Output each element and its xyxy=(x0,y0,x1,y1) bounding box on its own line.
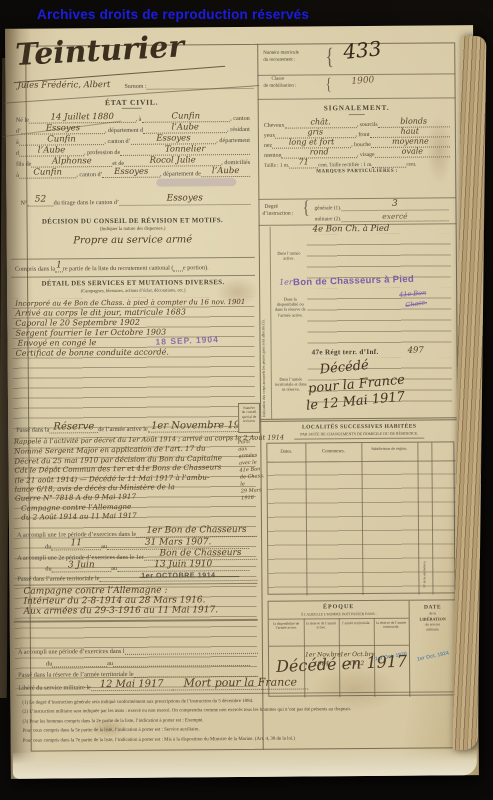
localites-col-subdivision: Subdivision de région. xyxy=(361,447,417,452)
printed-label: cent. Taille rectifiée : 1 m. xyxy=(318,162,372,168)
instruction-generale-value: 3 xyxy=(341,199,448,211)
register-page: Teinturier Jules Frédéric, Albert Surnom… xyxy=(5,25,479,779)
departement-value: l’Aube xyxy=(143,123,227,134)
faded-stamp xyxy=(156,178,236,187)
domicile-departement-value: l’Aube xyxy=(201,167,250,178)
stamp-prefix-script: 1er xyxy=(279,278,293,287)
date-col-header: DATE xyxy=(409,604,457,610)
printed-label: du tirage dans le canton d’ xyxy=(54,199,120,207)
epoque-title: ÉPOQUE xyxy=(269,604,409,611)
mobilisation-notes: Rappelé à l’activité par décret du 1er A… xyxy=(14,434,241,522)
decision-value-script: Propre au service armé xyxy=(7,234,259,247)
printed-label: Libéré du service militaire le xyxy=(18,684,91,692)
margin-box: Numéro du conseil spécial de revision. xyxy=(238,403,260,433)
margin-notes: Parti aux armées avec le 41e Bon de Chas… xyxy=(238,438,263,502)
classe-value-script: 1900 xyxy=(351,75,375,87)
periode-blank-line: A accompli une période d’exercices dans … xyxy=(18,643,258,656)
corps-dispo-label: Dans la disponibilité ou dans la réserve… xyxy=(273,296,307,317)
taille-row: Taille : 1 m. 71 cent. Taille rectifiée … xyxy=(264,157,450,168)
father-name-value: Alphonse xyxy=(31,157,112,168)
date-col-header: LIBÉRATION xyxy=(409,616,457,621)
instruction-militaire-value: exercé xyxy=(341,212,448,222)
margin-note: de Chass. xyxy=(240,473,261,481)
brace-icon: { xyxy=(325,74,331,95)
epoque-col-header: la réserve de l’armée active. xyxy=(305,621,338,630)
localites-table: Dates. Communes. Subdivision de région. … xyxy=(266,441,455,594)
table-empty-rows xyxy=(267,460,456,595)
canton-value: Essoyes xyxy=(21,124,105,135)
corps-vertical-label-strip: Indication des corps auxquels les jeunes… xyxy=(259,227,273,419)
printed-label: militaire (2). xyxy=(315,216,342,222)
printed-label: cent. xyxy=(406,162,416,168)
reserve-line: Passé dans la Réserve de l’armée active … xyxy=(16,419,256,434)
birthplace-value: Cunfin xyxy=(141,112,230,123)
service-entry: Certificat de bonne conduite accordé. xyxy=(16,348,169,358)
archive-copyright-banner: Archives droits de reproduction réservés xyxy=(37,7,309,22)
corps-vertical-label: Indication des corps auxquels les jeunes… xyxy=(261,229,266,417)
service-entry: Arrivé au corps le dit jour, matricule 1… xyxy=(15,307,186,317)
margin-note: 1916 xyxy=(241,494,262,502)
instruction-militaire-row: militaire (2). exercé xyxy=(315,211,449,222)
epoque-col-header: la réserve de l’armée territoriale. xyxy=(375,621,408,630)
dotted-fill-lines xyxy=(307,233,451,278)
visage-value: ovale xyxy=(375,148,451,158)
signalement-title: SIGNALEMENT. xyxy=(258,103,456,113)
printed-label: re partie de la liste du recrutement can… xyxy=(63,265,174,273)
reserve-value: Réserve xyxy=(49,421,98,433)
tirage-canton-value: Essoyes xyxy=(119,194,250,206)
service-entry: Sergent fourrier le 1er Octobre 1903 xyxy=(15,328,166,338)
printed-label: Taille : 1 m. xyxy=(264,163,289,169)
epoque-col-header: l’armée territoriale. xyxy=(340,621,373,625)
printed-label: , canton d’ xyxy=(76,171,102,178)
printed-label: de l’armée active le xyxy=(98,426,148,433)
corps-territoriale-label: Dans l’armée territoriale et dans sa rés… xyxy=(274,376,308,392)
matricule-label: Numéro matricule xyxy=(263,51,299,56)
liste-partie-value: 1 xyxy=(55,262,63,273)
residence-departement-value: l’Aube xyxy=(19,146,84,157)
brace-icon: { xyxy=(325,43,334,70)
printed-label: Compris dans la xyxy=(15,265,55,272)
domicile-canton-value: Essoyes xyxy=(103,167,160,178)
liberation-date-stamp: 1er Oct. 1924 xyxy=(410,649,456,664)
matricule-number-script: 433 xyxy=(342,36,382,64)
margin-box-text: revision. xyxy=(239,419,259,424)
territorial-regiment-stamp: 47e Régt terr. d’Inf. xyxy=(312,348,379,357)
taille-value: 71 xyxy=(289,159,318,169)
compris-line: Compris dans la 1 re partie de la liste … xyxy=(15,260,255,273)
classe-label: Classe xyxy=(271,77,284,82)
service-entry: Envoyé en congé le xyxy=(17,338,96,348)
printed-label: , département de xyxy=(160,170,201,177)
scanned-register-photo: Archives droits de reproduction réservés… xyxy=(0,0,493,800)
tirage-line: N° 52 du tirage dans le canton d’ Essoye… xyxy=(20,193,250,207)
instruction-label: d’instruction : xyxy=(262,211,293,217)
tirage-number-value: 52 xyxy=(27,196,53,207)
date-col-header: de la xyxy=(409,611,457,615)
printed-label: Passé dans l’armée territoriale le xyxy=(17,575,99,583)
epoque-subtitle: À LAQUELLE L’HOMME DOIT PASSER DANS : xyxy=(269,612,409,617)
portion-blank xyxy=(173,270,183,271)
title-rule xyxy=(122,108,142,109)
title-rule xyxy=(349,114,365,115)
given-names-script: Jules Frédéric, Albert xyxy=(17,80,110,91)
mort-pour-la-france-script: Mort pour la France xyxy=(172,676,308,690)
localites-col-communes: Communes. xyxy=(305,449,361,454)
footnotes: (1) Le degré d’instruction générale sera… xyxy=(22,695,454,745)
domicile-value: Cunfin xyxy=(19,168,76,179)
matricule-label: du recrutement : xyxy=(263,58,295,63)
classe-label: de mobilisation : xyxy=(264,84,297,89)
instruction-label: Degré xyxy=(264,204,277,210)
brace-icon: { xyxy=(302,198,309,219)
printed-label: générale (1). xyxy=(314,205,341,211)
etat-civil-line: à Cunfin , canton d’ Essoyes , départeme… xyxy=(16,166,250,179)
campagne-line: Aux armées du 29-3-1916 au 11 Mai 1917. xyxy=(24,605,219,617)
territorial-regiment-number: 497 xyxy=(408,346,424,356)
corps-active-value: 4e Bon Ch. à Pied xyxy=(313,224,390,235)
dotted-fill-lines xyxy=(307,287,451,344)
epoque-col-header: la disponibilité de l’armée active. xyxy=(270,622,303,631)
printed-label: e portion). xyxy=(183,264,209,271)
date-col-header: militaire. xyxy=(409,627,457,631)
libere-date-value: 12 Mai 1917 xyxy=(91,679,173,692)
service-entry: Caporal le 20 Septembre 1902 xyxy=(15,318,140,328)
mother-name-value: Rocol Julie xyxy=(124,156,221,167)
surnom-label: Surnom : xyxy=(124,84,146,90)
corps-active-label: Dans l’armée active. xyxy=(273,251,305,262)
printed-label: Passé dans la xyxy=(16,427,49,434)
date-col-header: du service xyxy=(409,622,457,626)
instruction-generale-row: générale (1). 3 xyxy=(314,200,448,211)
residence-value: Cunfin xyxy=(19,135,105,146)
printed-label: N° xyxy=(20,200,27,207)
residence-canton-value: Essoyes xyxy=(131,134,217,145)
page-bottom-edge xyxy=(13,749,477,779)
menton-value: rond xyxy=(281,148,357,158)
printed-label: A accompli une période d’exercices dans … xyxy=(18,648,125,656)
localites-col-dates: Dates. xyxy=(267,450,305,455)
libere-line: Libéré du service militaire le 12 Mai 19… xyxy=(18,675,308,691)
